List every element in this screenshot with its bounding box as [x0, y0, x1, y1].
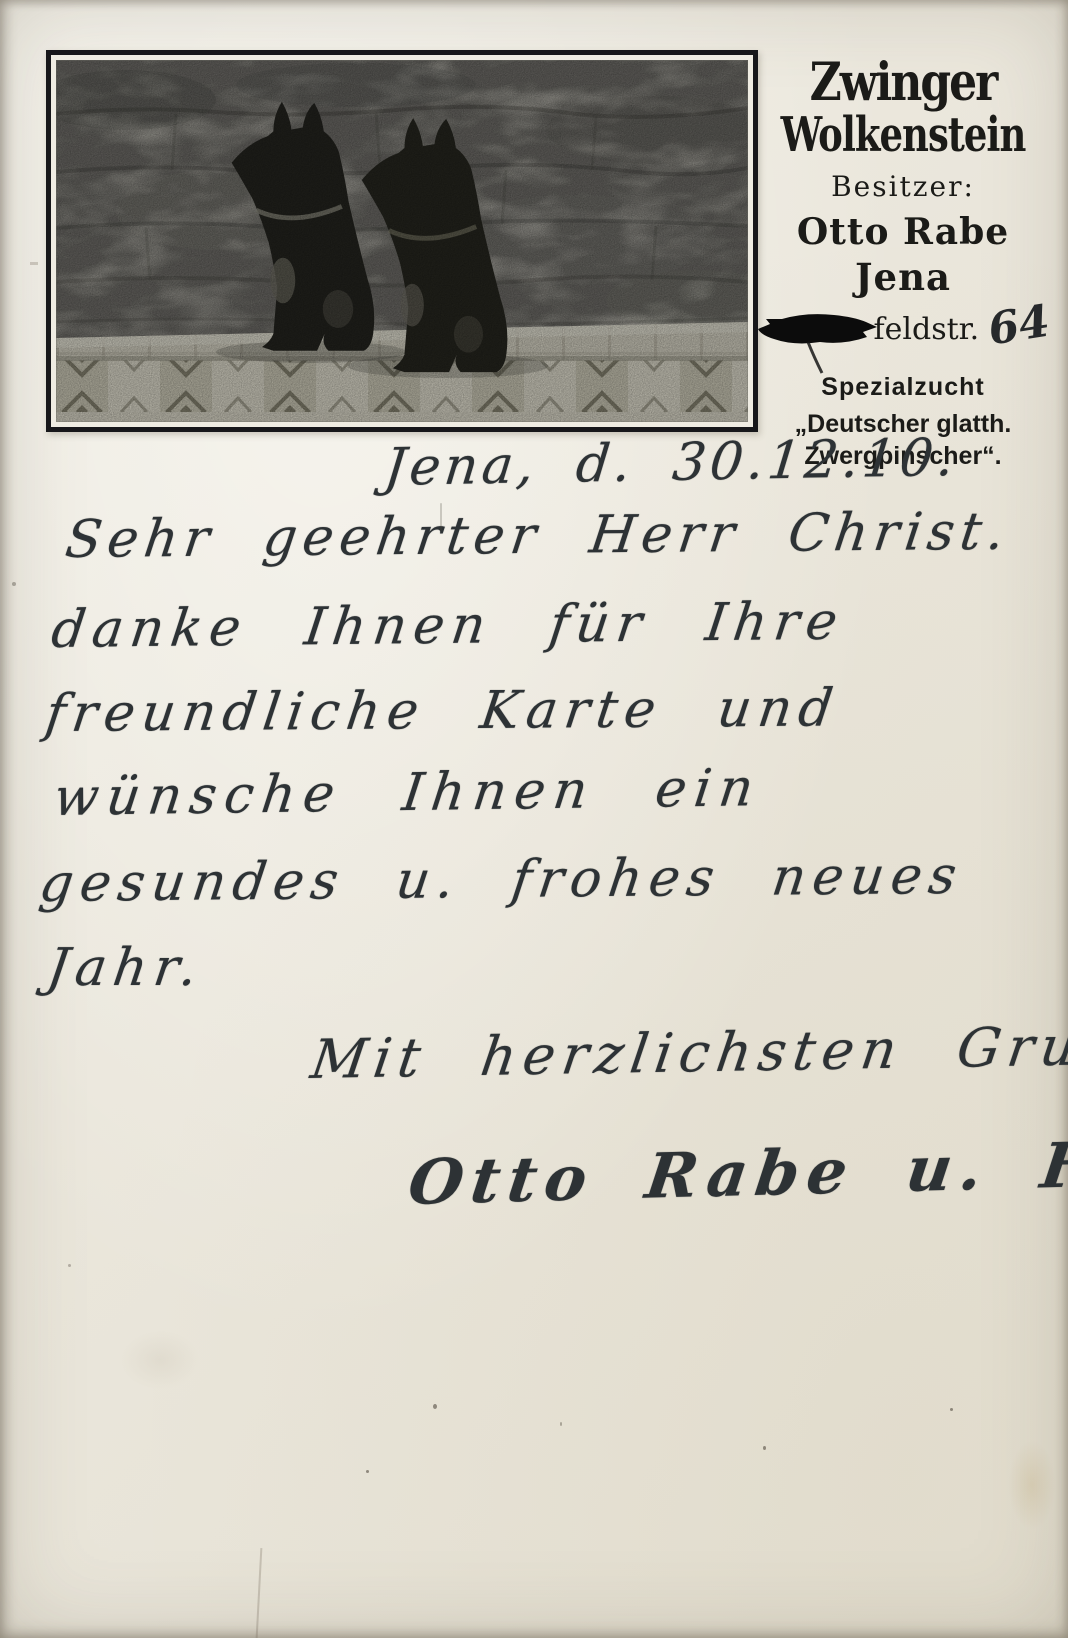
- street-name: feldstr.: [874, 312, 980, 347]
- ink-blot-icon: [756, 307, 878, 351]
- handwritten-line: gesundes u. frohes neues: [36, 846, 967, 914]
- owner-name: Otto Rabe: [754, 211, 1052, 253]
- street-address: feldstr. 64: [754, 301, 1052, 357]
- handwritten-line: wünsche Ihnen ein: [50, 758, 764, 828]
- handwritten-line: Jahr.: [44, 938, 208, 998]
- owner-label: Besitzer:: [754, 170, 1052, 203]
- letterhead: Zwinger Wolkenstein Besitzer: Otto Rabe …: [754, 54, 1052, 472]
- postcard: Zwinger Wolkenstein Besitzer: Otto Rabe …: [0, 0, 1068, 1638]
- dogs-photo: [56, 60, 748, 422]
- city-name: Jena: [754, 255, 1052, 299]
- specialty-line1: Spezialzucht: [754, 373, 1052, 402]
- handwritten-salutation: Sehr geehrter Herr Christ.: [62, 502, 1014, 570]
- handwritten-dateline: Jena, d. 30.12.10.: [382, 428, 961, 498]
- handwritten-closing: Mit herzlichsten Gruss.: [307, 1013, 1068, 1091]
- photo-frame: [46, 50, 758, 432]
- handwritten-line: freundliche Karte und: [42, 678, 843, 744]
- kennel-name-line2: Wolkenstein: [754, 104, 1052, 164]
- handwritten-signature: Otto Rabe u. Frau.: [404, 1124, 1068, 1219]
- house-number-handwritten: 64: [985, 295, 1053, 355]
- handwritten-line: danke Ihnen für Ihre: [48, 592, 848, 660]
